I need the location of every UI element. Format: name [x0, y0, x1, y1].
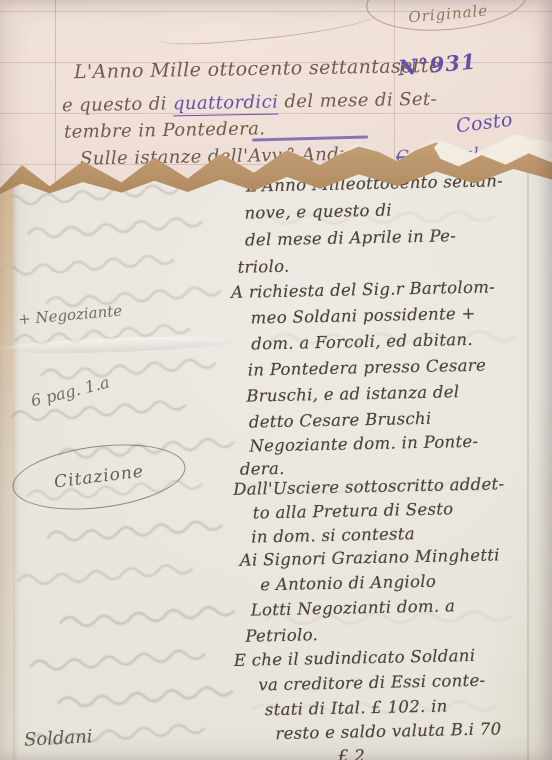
manuscript-line: resto e saldo valuta B.i 70 — [275, 719, 501, 743]
originale-label: Originale — [408, 1, 490, 32]
manuscript-line: e Antonio di Angiolo — [260, 572, 436, 595]
manuscript-line: in Pontedera presso Cesare — [248, 356, 487, 380]
manuscript-line: in dom. si contesta — [251, 524, 415, 546]
manuscript-line: £ 2 — [338, 746, 366, 760]
date-pre: e questo di — [62, 93, 167, 116]
manuscript-line: dera. — [240, 459, 285, 479]
cover-line-year: L'Anno Mille ottocento settantasette — [74, 55, 441, 83]
date-post: del mese di Set- — [284, 89, 437, 113]
purple-dash — [252, 135, 368, 141]
manuscript-line: Lotti Negozianti dom. a — [251, 596, 456, 619]
cost-note: Costo — [455, 109, 514, 138]
cover-line-place: tembre in Pontedera. — [64, 118, 266, 143]
citazione-label: Citazione — [53, 462, 145, 493]
manuscript-line: detto Cesare Bruschi — [249, 409, 432, 432]
manuscript-line: Petriolo. — [245, 625, 318, 646]
manuscript-line: Negoziante dom. in Ponte- — [249, 432, 478, 456]
manuscript-line: Bruschi, e ad istanza del — [246, 382, 459, 405]
manuscript-line: va creditore di Essi conte- — [258, 671, 485, 695]
manuscript-line: del mese di Aprile in Pe- — [245, 226, 456, 249]
manuscript-line: Ai Signori Graziano Minghetti — [240, 545, 500, 569]
manuscript-line: nove, e questo di — [244, 201, 392, 223]
manuscript-line: to alla Pretura di Sesto — [253, 499, 454, 522]
manuscript-line: dom. a Forcoli, ed abitan. — [251, 330, 473, 354]
manuscript-line: stati di Ital. £ 102. in — [265, 696, 448, 719]
manuscript-line: meo Soldani possidente + — [250, 304, 475, 328]
document-number: N°931 — [397, 49, 477, 81]
cover-line-date: e questo di quattordici del mese di Set- — [62, 89, 437, 117]
manuscript-line: triolo. — [237, 257, 289, 277]
manuscript-line: E che il sudindicato Soldani — [234, 646, 476, 670]
flourish-tail — [158, 2, 380, 48]
document-scan: L'Anno Milleottocento settan- nove, e qu… — [0, 0, 552, 760]
originale-flourish-oval: Originale — [364, 0, 531, 37]
margin-note-soldani: Soldani — [23, 726, 93, 751]
date-day: quattordici — [173, 92, 279, 117]
manuscript-line: A richiesta del Sig.r Bartolom- — [231, 277, 495, 302]
